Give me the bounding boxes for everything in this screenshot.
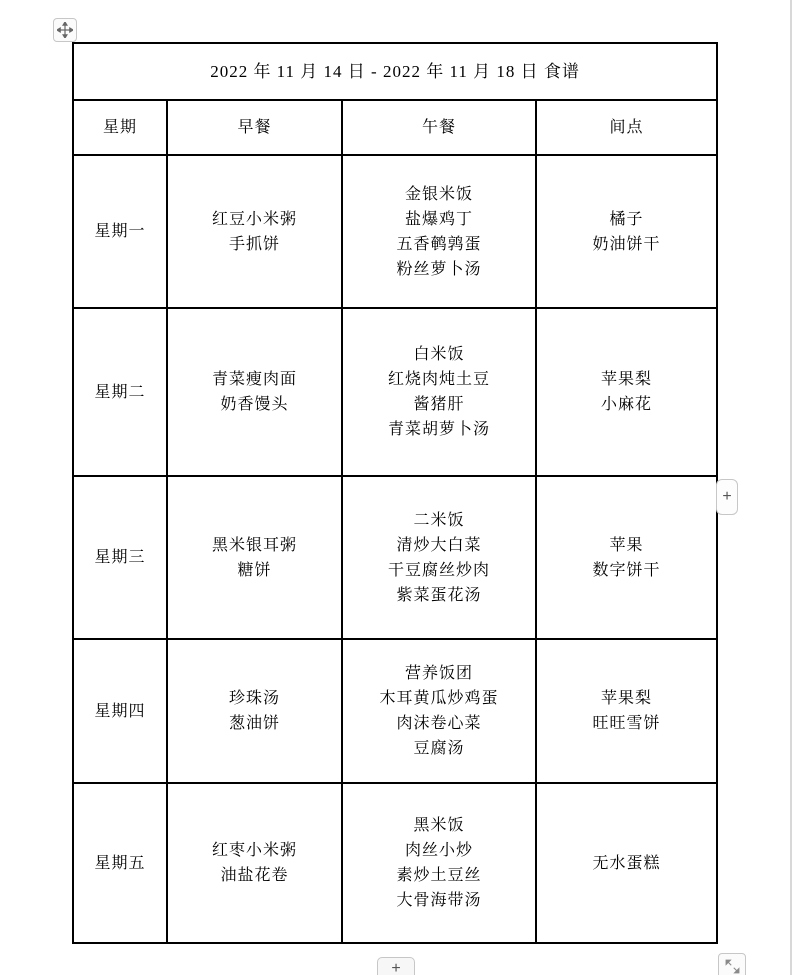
menu-table: 2022 年 11 月 14 日 - 2022 年 11 月 18 日 食谱 星… [72, 42, 718, 944]
plus-icon: + [722, 489, 731, 505]
lunch-cell[interactable]: 白米饭 红烧肉炖土豆 酱猪肝 青菜胡萝卜汤 [342, 308, 536, 476]
table-row-tuesday: 星期二 青菜瘦肉面 奶香馒头 白米饭 红烧肉炖土豆 酱猪肝 青菜胡萝卜汤 苹果梨… [73, 308, 717, 476]
day-cell[interactable]: 星期一 [73, 155, 167, 308]
snack-cell[interactable]: 苹果梨 旺旺雪饼 [536, 639, 717, 783]
table-title: 2022 年 11 月 14 日 - 2022 年 11 月 18 日 食谱 [74, 59, 716, 84]
table-row-thursday: 星期四 珍珠汤 葱油饼 营养饭团 木耳黄瓜炒鸡蛋 肉沫卷心菜 豆腐汤 苹果梨 旺… [73, 639, 717, 783]
plus-icon: + [391, 961, 400, 975]
column-header-lunch[interactable]: 午餐 [342, 100, 536, 155]
page-edge-line [790, 0, 792, 975]
column-header-breakfast[interactable]: 早餐 [167, 100, 342, 155]
breakfast-cell[interactable]: 青菜瘦肉面 奶香馒头 [167, 308, 342, 476]
lunch-cell[interactable]: 营养饭团 木耳黄瓜炒鸡蛋 肉沫卷心菜 豆腐汤 [342, 639, 536, 783]
document-page: { "document": { "title": "2022 年 11 月 14… [0, 0, 795, 975]
table-move-handle[interactable] [53, 18, 77, 42]
snack-cell[interactable]: 橘子 奶油饼干 [536, 155, 717, 308]
snack-cell[interactable]: 苹果 数字饼干 [536, 476, 717, 639]
breakfast-cell[interactable]: 红枣小米粥 油盐花卷 [167, 783, 342, 943]
table-row-wednesday: 星期三 黑米银耳粥 糖饼 二米饭 清炒大白菜 干豆腐丝炒肉 紫菜蛋花汤 苹果 数… [73, 476, 717, 639]
lunch-cell[interactable]: 二米饭 清炒大白菜 干豆腐丝炒肉 紫菜蛋花汤 [342, 476, 536, 639]
lunch-cell[interactable]: 金银米饭 盐爆鸡丁 五香鹌鹑蛋 粉丝萝卜汤 [342, 155, 536, 308]
breakfast-cell[interactable]: 珍珠汤 葱油饼 [167, 639, 342, 783]
lunch-cell[interactable]: 黑米饭 肉丝小炒 素炒土豆丝 大骨海带汤 [342, 783, 536, 943]
column-header-day[interactable]: 星期 [73, 100, 167, 155]
add-row-button[interactable]: + [377, 957, 415, 975]
table-title-row: 2022 年 11 月 14 日 - 2022 年 11 月 18 日 食谱 [73, 43, 717, 100]
table-header-row: 星期 早餐 午餐 间点 [73, 100, 717, 155]
move-icon [57, 22, 73, 38]
snack-cell[interactable]: 无水蛋糕 [536, 783, 717, 943]
table-resize-handle[interactable] [718, 953, 746, 975]
column-header-snack[interactable]: 间点 [536, 100, 717, 155]
breakfast-cell[interactable]: 黑米银耳粥 糖饼 [167, 476, 342, 639]
day-cell[interactable]: 星期五 [73, 783, 167, 943]
table-title-cell[interactable]: 2022 年 11 月 14 日 - 2022 年 11 月 18 日 食谱 [73, 43, 717, 100]
day-cell[interactable]: 星期二 [73, 308, 167, 476]
day-cell[interactable]: 星期三 [73, 476, 167, 639]
add-column-button[interactable]: + [716, 479, 738, 515]
table-row-monday: 星期一 红豆小米粥 手抓饼 金银米饭 盐爆鸡丁 五香鹌鹑蛋 粉丝萝卜汤 橘子 奶… [73, 155, 717, 308]
snack-cell[interactable]: 苹果梨 小麻花 [536, 308, 717, 476]
resize-icon [724, 958, 741, 975]
day-cell[interactable]: 星期四 [73, 639, 167, 783]
breakfast-cell[interactable]: 红豆小米粥 手抓饼 [167, 155, 342, 308]
table-row-friday: 星期五 红枣小米粥 油盐花卷 黑米饭 肉丝小炒 素炒土豆丝 大骨海带汤 无水蛋糕 [73, 783, 717, 943]
